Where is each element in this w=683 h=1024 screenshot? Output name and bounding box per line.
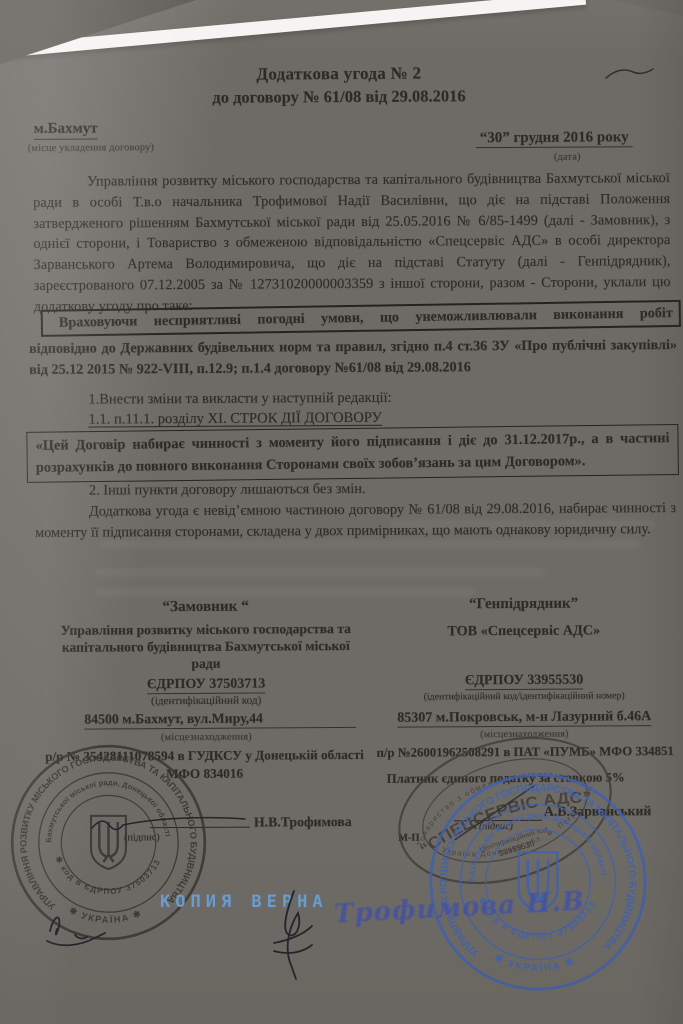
place-name: м.Бахмут bbox=[34, 120, 98, 139]
contractor-heading: “Генпідрядник” bbox=[374, 595, 674, 614]
customer-address: 84500 м.Бахмут, вул.Миру,44 bbox=[84, 710, 356, 730]
contractor-edrpou: ЄДРПОУ 33955530 bbox=[374, 670, 674, 690]
closing-paragraph: Додаткова угода є невід’ємною частиною д… bbox=[35, 498, 676, 544]
customer-org: Управління розвитку міського господарств… bbox=[53, 620, 359, 673]
amendment-item-1-1: 1.1. п.11.1. розділу XI. СТРОК ДІЇ ДОГОВ… bbox=[88, 410, 382, 429]
customer-signer-name: Н.В.Трофимова bbox=[254, 814, 352, 831]
contractor-edrpou-value: ЄДРПОУ 33955530 bbox=[465, 673, 584, 691]
date-value: “30” грудня 2016 року bbox=[476, 129, 633, 148]
preamble-paragraph: Управління розвитку міського господарств… bbox=[33, 168, 671, 317]
page-subtitle: до договору № 61/08 від 29.08.2016 bbox=[0, 85, 681, 109]
contractor-org: ТОВ «Спецсервіс АДС» bbox=[374, 622, 674, 641]
date-caption: (дата) bbox=[554, 152, 581, 163]
signature-squiggle-middle bbox=[262, 883, 347, 983]
pen-tick-top-right bbox=[600, 56, 662, 90]
customer-round-seal-blue: УПРАВЛІННЯ РОЗВИТКУ МІСЬКОГО ГОСПОДАРСТВ… bbox=[424, 768, 652, 996]
pen-line-customer bbox=[88, 810, 248, 838]
document-page: Додаткова угода № 2 до договору № 61/08 … bbox=[0, 0, 683, 1024]
amendment-item-1: 1.Внести зміни та викласти у наступній р… bbox=[88, 390, 391, 409]
signature-squiggle-left bbox=[40, 903, 150, 958]
customer-heading: “Замовник “ bbox=[41, 597, 371, 617]
customer-edrpou-caption: (ідентифікаційний код) bbox=[41, 694, 371, 708]
place-caption: (місце укладення договору) bbox=[28, 142, 154, 154]
highlight-box-term-clause: «Цей Договір набирає чинності з моменту … bbox=[26, 424, 679, 483]
customer-edrpou-value: ЄДРПОУ 37503713 bbox=[147, 676, 266, 694]
clause-continuation: відповідно до Державних будівельних норм… bbox=[29, 335, 677, 381]
page-title: Додаткова угода № 2 bbox=[0, 62, 680, 86]
amendment-item-2: 2. Інші пункти договору лишаються без зм… bbox=[89, 481, 366, 500]
contractor-edrpou-caption: (ідентифікаційний код/ідентифікаційний н… bbox=[374, 690, 674, 703]
customer-edrpou: ЄДРПОУ 37503713 bbox=[41, 674, 371, 694]
